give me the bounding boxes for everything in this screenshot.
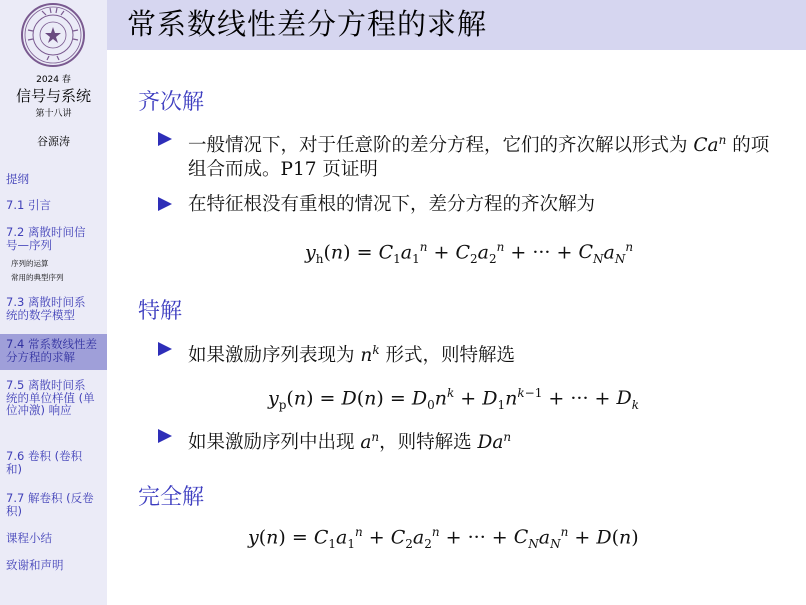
equation-particular-solution: yp(n) = D(n) = D0nk + D1nk−1 + ··· + Dk — [268, 386, 639, 412]
math-Ca-n: Can — [693, 135, 726, 156]
nav-item-outline[interactable]: 提纲 — [0, 173, 100, 186]
slide-title: 常系数线性差分方程的求解 — [127, 4, 487, 44]
slide-header: 常系数线性差分方程的求解 — [107, 0, 806, 50]
triangle-bullet-icon — [158, 342, 172, 356]
bullet-power-excitation: 如果激励序列表现为 nk 形式，则特解选 — [158, 338, 778, 368]
triangle-bullet-icon — [158, 197, 172, 211]
sidebar: 2024 春 信号与系统 第十八讲 谷源涛 提纲 7.1 引言 7.2 离散时间… — [0, 0, 107, 605]
nav-item-summary[interactable]: 课程小结 — [0, 532, 100, 545]
equation-complete-solution: y(n) = C1a1n + C2a2n + ··· + CNaNn + D(n… — [248, 525, 639, 551]
bullet-no-repeated-roots: 在特征根没有重根的情况下，差分方程的齐次解为 — [158, 193, 778, 217]
course-title: 信号与系统 — [0, 85, 107, 106]
lecture-number: 第十八讲 — [0, 106, 107, 119]
nav-item-7-4-active[interactable]: 7.4 常系数线性差分方程的求解 — [0, 334, 107, 370]
section-title-complete: 完全解 — [138, 480, 204, 511]
nav-subitem-typical-sequences[interactable]: 常用的典型序列 — [11, 273, 64, 283]
author-name: 谷源涛 — [0, 133, 107, 149]
math-Da-n: Dan — [478, 432, 512, 453]
university-seal-icon — [20, 2, 86, 68]
triangle-bullet-icon — [158, 132, 172, 146]
nav-item-7-6[interactable]: 7.6 卷积 (卷积和) — [0, 450, 100, 475]
bullet-homogeneous-form: 一般情况下，对于任意阶的差分方程，它们的齐次解以形式为 Can 的项组合而成。P… — [158, 128, 778, 182]
math-n-k: nk — [360, 345, 379, 366]
course-year: 2024 春 — [0, 72, 107, 85]
nav-item-acknowledgements[interactable]: 致谢和声明 — [0, 559, 100, 572]
nav-item-7-2[interactable]: 7.2 离散时间信号—序列 — [0, 226, 100, 251]
nav-item-7-3[interactable]: 7.3 离散时间系统的数学模型 — [0, 296, 100, 321]
nav-item-7-1[interactable]: 7.1 引言 — [0, 199, 100, 212]
equation-homogeneous-solution: yh(n) = C1a1n + C2a2n + ··· + CNaNn — [305, 240, 633, 266]
section-title-homogeneous: 齐次解 — [138, 85, 204, 116]
section-title-particular: 特解 — [138, 294, 182, 325]
nav-item-7-7[interactable]: 7.7 解卷积 (反卷积) — [0, 492, 100, 517]
nav-item-7-5[interactable]: 7.5 离散时间系统的单位样值 (单位冲激) 响应 — [0, 379, 100, 417]
triangle-bullet-icon — [158, 429, 172, 443]
nav-subitem-sequence-operations[interactable]: 序列的运算 — [11, 259, 49, 269]
math-a-n: an — [360, 432, 379, 453]
bullet-exponential-excitation: 如果激励序列中出现 an，则特解选 Dan — [158, 425, 778, 455]
